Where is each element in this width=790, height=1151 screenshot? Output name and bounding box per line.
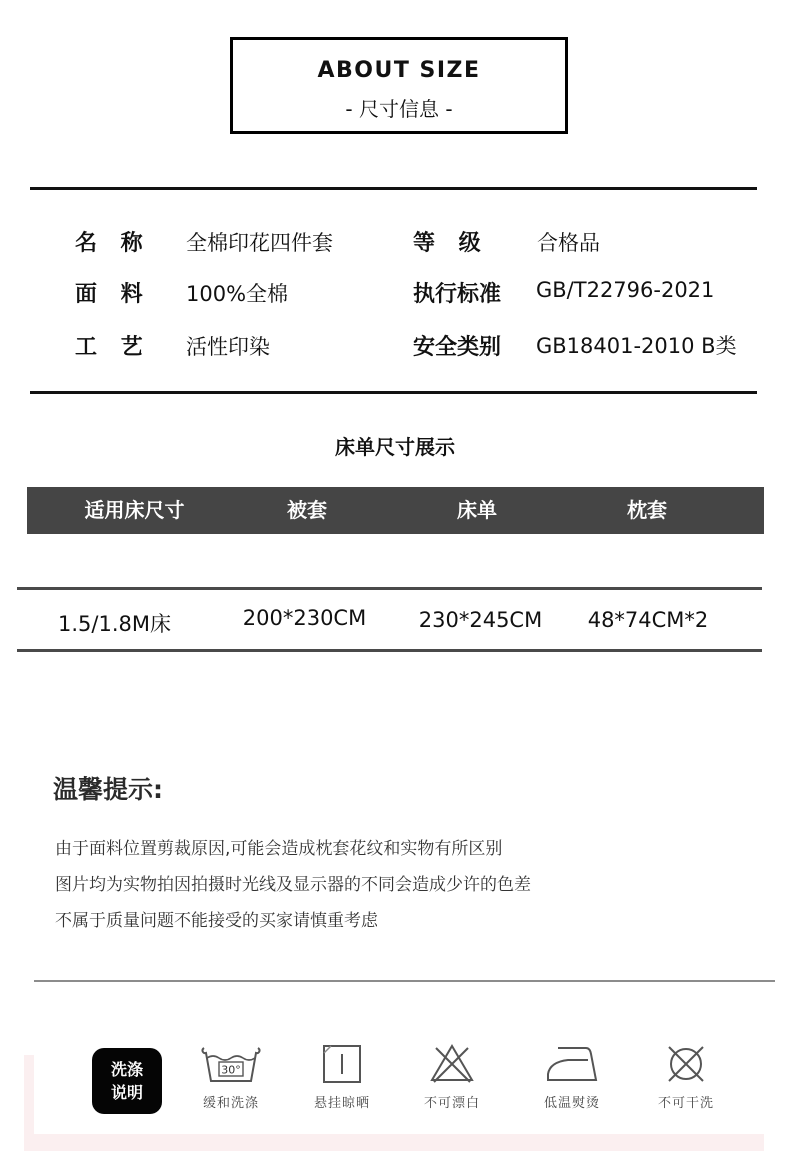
spec-label-craft: 工 艺 — [75, 330, 151, 361]
care-item-low-iron: 低温熨烫 — [522, 1044, 622, 1111]
spec-top-rule — [30, 187, 757, 190]
tip-line-1: 由于面料位置剪裁原因,可能会造成枕套花纹和实物有所区别 — [55, 834, 502, 859]
tips-title: 温馨提示: — [53, 770, 163, 806]
tip-line-2: 图片均为实物拍因拍摄时光线及显示器的不同会造成少许的色差 — [55, 870, 531, 895]
spec-label-fabric: 面 料 — [75, 277, 151, 308]
spec-label-grade: 等 级 — [413, 226, 489, 257]
care-item-no-dry-clean: 不可干洗 — [636, 1044, 736, 1111]
spec-value-safety: GB18401-2010 B类 — [536, 330, 737, 360]
table-row-bottom-rule — [17, 649, 762, 652]
care-label-hang-dry: 悬挂晾晒 — [292, 1092, 392, 1111]
care-label-no-dry-clean: 不可干洗 — [636, 1092, 736, 1111]
badge-line-1: 洗涤 — [92, 1058, 162, 1081]
care-item-gentle-wash: 30° 缓和洗涤 — [181, 1044, 281, 1111]
low-iron-icon — [544, 1044, 600, 1084]
no-bleach-icon — [428, 1044, 476, 1084]
cell-bed-size: 1.5/1.8M床 — [17, 608, 212, 638]
cell-duvet-cover: 200*230CM — [217, 606, 392, 630]
care-item-hang-dry: 悬挂晾晒 — [292, 1044, 392, 1111]
size-table-title: 床单尺寸展示 — [0, 431, 790, 460]
tip-line-3: 不属于质量问题不能接受的买家请慎重考虑 — [55, 906, 378, 931]
size-table-header: 适用床尺寸 被套 床单 枕套 — [27, 487, 764, 534]
spec-value-fabric: 100%全棉 — [186, 278, 288, 308]
about-size-title-box: ABOUT SIZE - 尺寸信息 - — [230, 37, 568, 134]
column-header-bed-size: 适用床尺寸 — [27, 487, 242, 534]
spec-value-standard: GB/T22796-2021 — [536, 278, 714, 302]
gentle-wash-30-icon: 30° — [199, 1044, 263, 1084]
table-row: 1.5/1.8M床 200*230CM 230*245CM 48*74CM*2 — [17, 590, 762, 650]
cell-bed-sheet: 230*245CM — [393, 608, 568, 632]
spec-label-standard: 执行标准 — [413, 277, 501, 308]
care-label-gentle-wash: 缓和洗涤 — [181, 1092, 281, 1111]
title-english: ABOUT SIZE — [233, 58, 565, 83]
care-label-low-iron: 低温熨烫 — [522, 1092, 622, 1111]
spec-label-safety: 安全类别 — [413, 330, 501, 361]
svg-text:30°: 30° — [221, 1064, 241, 1077]
column-header-bed-sheet: 床单 — [392, 487, 562, 534]
column-header-pillowcase: 枕套 — [562, 487, 732, 534]
spec-value-craft: 活性印染 — [186, 331, 270, 361]
spec-value-grade: 合格品 — [537, 227, 600, 257]
section-divider — [34, 980, 775, 982]
care-label-no-bleach: 不可漂白 — [402, 1092, 502, 1111]
title-chinese: - 尺寸信息 - — [233, 93, 565, 122]
care-instructions-badge: 洗涤 说明 — [92, 1048, 162, 1114]
hang-dry-icon — [320, 1044, 364, 1084]
spec-value-name: 全棉印花四件套 — [186, 227, 333, 257]
badge-line-2: 说明 — [92, 1081, 162, 1104]
column-header-duvet-cover: 被套 — [222, 487, 392, 534]
no-dry-clean-icon — [664, 1044, 708, 1084]
cell-pillowcase: 48*74CM*2 — [563, 608, 733, 632]
spec-label-name: 名 称 — [75, 226, 151, 257]
spec-bottom-rule — [30, 391, 757, 394]
care-item-no-bleach: 不可漂白 — [402, 1044, 502, 1111]
